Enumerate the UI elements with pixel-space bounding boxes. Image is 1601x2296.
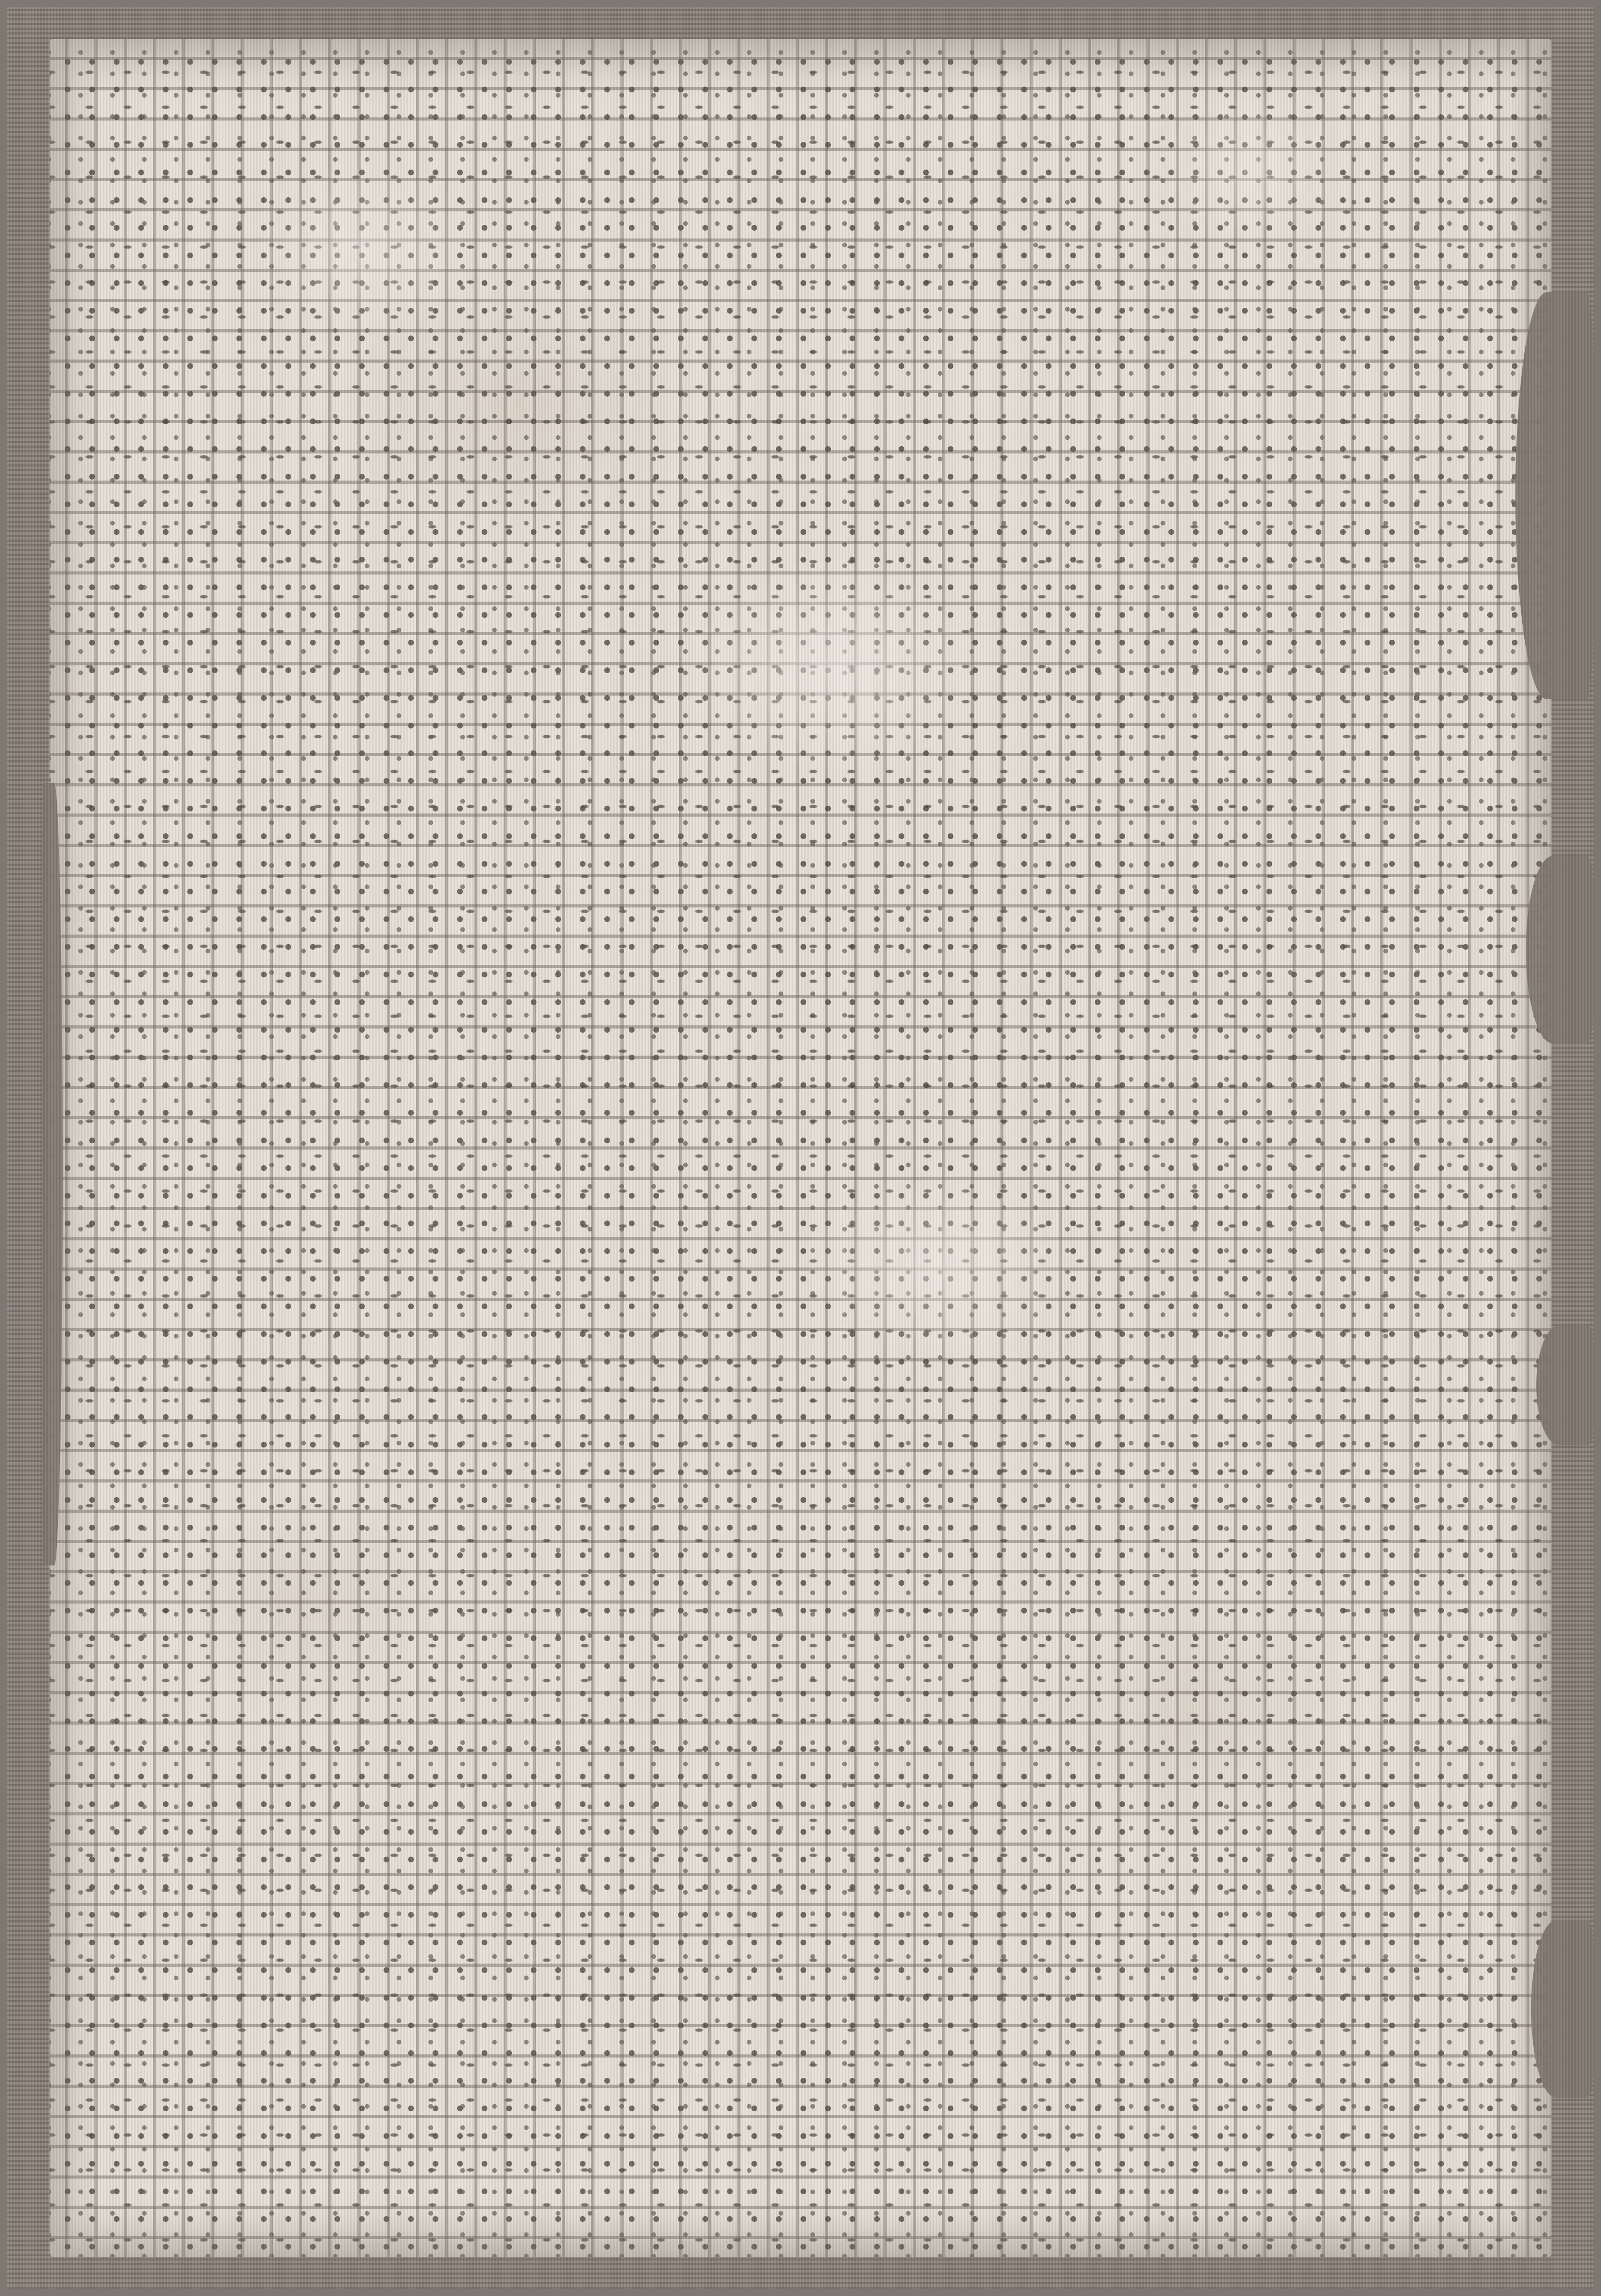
field-edge-fade [50, 39, 1551, 2257]
rug-field [50, 39, 1551, 2257]
rug-photo [0, 0, 1601, 2296]
abrash-patch-right [1536, 1325, 1594, 1445]
abrash-patch-right [1515, 292, 1594, 699]
abrash-patch-right [1526, 856, 1594, 1044]
abrash-patch-right [1531, 1920, 1594, 2098]
abrash-patch-left [42, 783, 63, 1565]
